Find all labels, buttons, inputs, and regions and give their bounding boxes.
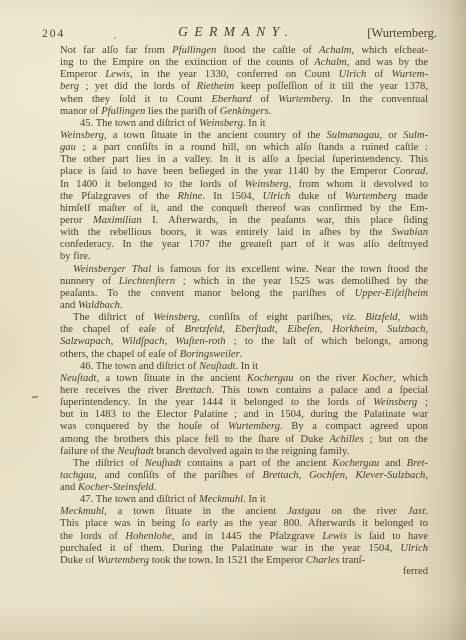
text-line: nunnery of Liechtenſtern ; which in the …	[60, 276, 428, 288]
text-line: among the brothers this place fell to th…	[60, 434, 428, 446]
text-line: tachgau, and conſiſts of the pariſhes of…	[60, 470, 428, 482]
text-line: the lords of Hohenlohe, and in 1445 the …	[60, 531, 428, 543]
text-line: and Waldbach.	[60, 300, 428, 312]
text-line: Meckmuhl, a town ſituate in the ancient …	[60, 506, 428, 518]
text-line: peaſants. To the convent manor belong th…	[60, 288, 428, 300]
text-line: Emperor Lewis, in the year 1330, conferr…	[60, 69, 428, 81]
text-line: but in 1483 to the Elector Palatine ; an…	[60, 409, 428, 421]
text-line: The diſtrict of Weinsberg, conſiſts of e…	[60, 312, 428, 324]
text-line: the Pfalzgraves of the Rhine. In 1504, U…	[60, 191, 428, 203]
text-line: manor of Pfullingen lies the pariſh of G…	[60, 106, 428, 118]
text-line: confederacy. In the year 1707 the greate…	[60, 239, 428, 251]
text-line: the chapel of eaſe of Bretzfeld, Eberſta…	[60, 324, 428, 336]
text-line: gau ; a part conſiſts in a round hill, o…	[60, 142, 428, 154]
text-line: was conquered by the houſe of Wurtemberg…	[60, 421, 428, 433]
running-header-section: [Wurtemberg.	[367, 26, 437, 41]
text-line: failure of the Neuſtadt branch devolved …	[60, 446, 428, 458]
text-line: peror Maximilian I. Afterwards, in the p…	[60, 215, 428, 227]
text-line: himſelf maſter of it, and the conqueſt t…	[60, 203, 428, 215]
catchword: ferred	[403, 566, 428, 577]
text-line: The diſtrict of Neuſtadt contains a part…	[60, 458, 428, 470]
text-line: Weinsberg, a town ſituate in the ancient…	[60, 130, 428, 142]
text-line: berg ; yet did the lords of Rietheim kee…	[60, 81, 428, 93]
text-line: Duke of Wurtemberg took the town. In 152…	[60, 555, 428, 567]
text-line: ing to the Empire on the extinction of t…	[60, 57, 428, 69]
text-line: here receives the river Brettach. This t…	[60, 385, 428, 397]
text-line: place is ſaid to have been beſieged in t…	[60, 166, 428, 178]
text-line: others, the chapel of eaſe of Boringswei…	[60, 349, 428, 361]
section-heading-line: 45. The town and diſtrict of Weinsberg. …	[60, 118, 428, 130]
section-heading-line: 46. The town and diſtrict of Neuſtadt. I…	[60, 361, 428, 373]
text-line: Salzwapach, Wildſpach, Wuſten-roth ; to …	[60, 336, 428, 348]
text-line: This place was in being ſo early as the …	[60, 518, 428, 530]
text-line: and Kocher-Steinsfeld.	[60, 482, 428, 494]
book-page: 204 GERMANY. [Wurtemberg. Not far alſo f…	[0, 0, 466, 640]
text-line: with the rebellious boors, it was entire…	[60, 227, 428, 239]
text-line: by fire.	[60, 251, 428, 263]
text-line: Not far alſo far from Pfullingen ſtood t…	[60, 45, 428, 57]
text-line: purchaſed it of them. During the Palatin…	[60, 543, 428, 555]
section-heading-line: 47. The town and diſtrict of Meckmuhl. I…	[60, 494, 428, 506]
text-line: when they ſold it to Count Eberhard of W…	[60, 94, 428, 106]
text-line: The other part lies in a valley. In it i…	[60, 154, 428, 166]
text-column: Not far alſo far from Pfullingen ſtood t…	[60, 45, 428, 567]
text-line: ſuperintendency. In the year 1444 it bel…	[60, 397, 428, 409]
text-line: In 1400 it belonged to the lords of Wein…	[60, 179, 428, 191]
text-line: Weinsberger Thal is famous for its excel…	[60, 264, 428, 276]
text-line: Neuſtadt, a town ſituate in the ancient …	[60, 373, 428, 385]
margin-speck	[32, 396, 38, 398]
